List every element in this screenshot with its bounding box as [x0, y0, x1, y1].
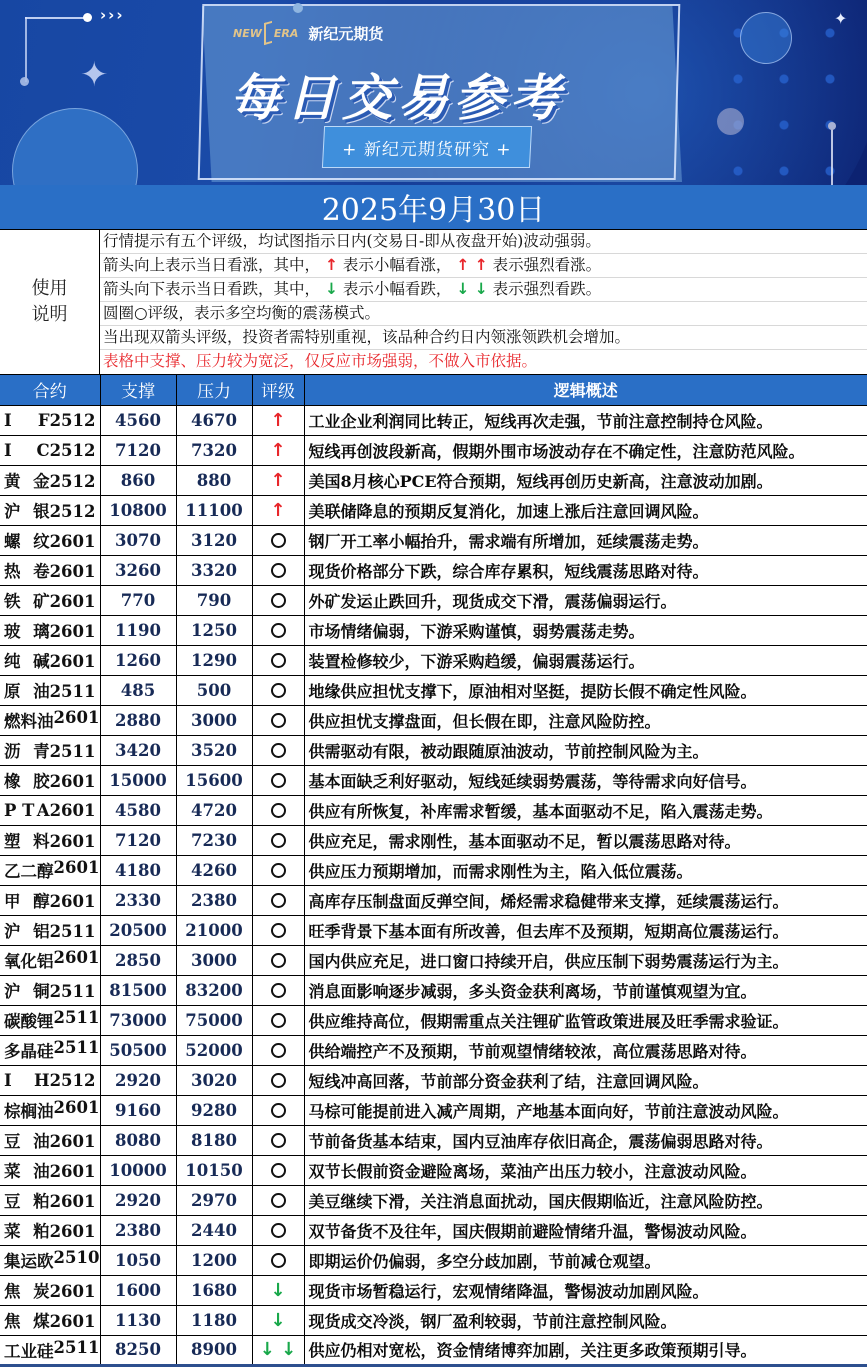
logic-summary: 高库存压制盘面反弹空间，烯烃需求稳健带来支撑，延续震荡运行。 — [304, 885, 867, 915]
table-row: 沪铜25118150083200消息面影响逐步减弱，多头资金获利离场，节前谨慎观… — [0, 975, 867, 1005]
support-value: 4580 — [100, 795, 176, 825]
contract-cell: 菜粕2601 — [0, 1215, 100, 1245]
rating-cell: ↓ — [252, 1305, 304, 1335]
instruction-text: 表示小幅看跌， — [343, 280, 452, 298]
decor-line — [25, 17, 87, 19]
logic-summary: 短线再创波段新高，假期外围市场波动存在不确定性，注意防范风险。 — [304, 435, 867, 465]
pressure-value: 1250 — [176, 615, 252, 645]
support-value: 7120 — [100, 435, 176, 465]
rating-cell — [252, 885, 304, 915]
logic-summary: 美国8月核心PCE符合预期，短线再创历史新高，注意波动加剧。 — [304, 465, 867, 495]
decor-dot — [717, 108, 744, 135]
contract-name: 氧化铝 — [4, 948, 54, 972]
instruction-text: 表示强烈看跌。 — [493, 280, 602, 298]
report-subtitle: + 新纪元期货研究 + — [322, 126, 532, 168]
pressure-value: 8180 — [176, 1125, 252, 1155]
rating-cell: ↓ — [252, 1275, 304, 1305]
support-value: 15000 — [100, 765, 176, 795]
contract-code: 煤2601 — [33, 1308, 95, 1332]
support-value: 2330 — [100, 885, 176, 915]
contract-cell: 螺纹2601 — [0, 525, 100, 555]
table-row: 铁矿2601770790外矿发运止跌回升，现货成交下滑，震荡偏弱运行。 — [0, 585, 867, 615]
support-value: 9160 — [100, 1095, 176, 1125]
brand-name: 新纪元期货 — [308, 23, 383, 44]
contract-cell: 焦煤2601 — [0, 1305, 100, 1335]
logo-bracket-icon — [264, 21, 272, 45]
logic-summary: 供应充足，需求刚性，基本面驱动不足，暂以震荡思路对待。 — [304, 825, 867, 855]
contract-name: I — [4, 1071, 12, 1090]
table-row: 氧化铝260128503000国内供应充足，进口窗口持续开启，供应压制下弱势震荡… — [0, 945, 867, 975]
contract-name: 菜 — [4, 1218, 21, 1242]
report-date: 2025年9月30日 — [0, 185, 867, 230]
contract-code: 2511 — [54, 1038, 100, 1062]
table-row: 塑料260171207230供应充足，需求刚性，基本面驱动不足，暂以震荡思路对待… — [0, 825, 867, 855]
logic-summary: 美豆继续下滑，关注消息面扰动，国庆假期临近，注意风险防控。 — [304, 1185, 867, 1215]
instructions-lines: 行情提示有五个评级，均试图指示日内(交易日-即从夜盘开始)波动强弱。 箭头向上表… — [100, 230, 867, 374]
instruction-line: 圆圈○评级，表示多空均衡的震荡模式。 — [100, 302, 867, 326]
table-body: IF251245604670↑工业企业利润同比转正，短线再次走强，节前注意控制持… — [0, 405, 867, 1365]
decor-line — [25, 17, 27, 82]
logo-text-era: ERA — [274, 27, 299, 40]
instruction-text: 表示小幅看涨， — [343, 256, 452, 274]
logic-summary: 双节备货不及往年，国庆假期前避险情绪升温，警惕波动风险。 — [304, 1215, 867, 1245]
circle-icon — [271, 773, 286, 788]
table-row: 玻璃260111901250市场情绪偏弱，下游采购谨慎，弱势震荡走势。 — [0, 615, 867, 645]
report-banner: ››› ✦ ✦ NEW ERA 新纪元期货 每日交易参考 + 新纪元期货研究 + — [0, 0, 867, 185]
arrow-up-icon: ↑ — [270, 440, 285, 461]
contract-name: 集运欧 — [4, 1248, 54, 1272]
contract-name: 沪 — [4, 498, 21, 522]
circle-icon — [271, 893, 286, 908]
pressure-value: 52000 — [176, 1035, 252, 1065]
rating-cell — [252, 1125, 304, 1155]
contract-cell: 多晶硅2511 — [0, 1035, 100, 1065]
circle-icon — [271, 683, 286, 698]
instructions-label-line1: 使用 — [32, 278, 68, 299]
support-value: 3260 — [100, 555, 176, 585]
table-row: IF251245604670↑工业企业利润同比转正，短线再次走强，节前注意控制持… — [0, 405, 867, 435]
contract-name: 塑 — [4, 828, 21, 852]
pressure-value: 10150 — [176, 1155, 252, 1185]
instruction-text: 表示强烈看涨。 — [493, 256, 602, 274]
contract-code: 油2601 — [33, 1128, 95, 1152]
pressure-value: 3520 — [176, 735, 252, 765]
contract-name: 碳酸锂 — [4, 1008, 54, 1032]
table-row: 沪银25121080011100↑美联储降息的预期反复消化，加速上涨后注意回调风… — [0, 495, 867, 525]
rating-cell — [252, 555, 304, 585]
contract-cell: 甲醇2601 — [0, 885, 100, 915]
pressure-value: 1680 — [176, 1275, 252, 1305]
support-value: 2920 — [100, 1065, 176, 1095]
table-row: 纯碱260112601290装置检修较少，下游采购趋缓，偏弱震荡运行。 — [0, 645, 867, 675]
contract-name: 铁 — [4, 588, 21, 612]
decor-dot — [83, 13, 92, 22]
rating-cell — [252, 765, 304, 795]
pressure-value: 2380 — [176, 885, 252, 915]
rating-cell — [252, 615, 304, 645]
logic-summary: 外矿发运止跌回升，现货成交下滑，震荡偏弱运行。 — [304, 585, 867, 615]
table-row: 棕榈油260191609280马棕可能提前进入减产周期，产地基本面向好，节前注意… — [0, 1095, 867, 1125]
contract-name: 沪 — [4, 978, 21, 1002]
decor-dot — [828, 122, 836, 130]
contract-cell: P TA2601 — [0, 795, 100, 825]
arrow-up-icon: ↑ — [325, 256, 338, 274]
table-row: 焦炭260116001680↓现货市场暂稳运行，宏观情绪降温，警惕波动加剧风险。 — [0, 1275, 867, 1305]
pressure-value: 1200 — [176, 1245, 252, 1275]
rating-cell — [252, 525, 304, 555]
table-row: IH251229203020短线冲高回落，节前部分资金获利了结，注意回调风险。 — [0, 1065, 867, 1095]
rating-cell — [252, 915, 304, 945]
logic-summary: 供应压力预期增加，而需求刚性为主，陷入低位震荡。 — [304, 855, 867, 885]
table-row: 豆粕260129202970美豆继续下滑，关注消息面扰动，国庆假期临近，注意风险… — [0, 1185, 867, 1215]
contract-name: 焦 — [4, 1308, 21, 1332]
logic-summary: 地缘供应担忧支撑下，原油相对坚挺，提防长假不确定性风险。 — [304, 675, 867, 705]
pressure-value: 3320 — [176, 555, 252, 585]
contract-name: 热 — [4, 558, 21, 582]
instruction-text: 箭头向上表示当日看涨，其中， — [103, 256, 320, 274]
logic-summary: 现货成交冷淡，钢厂盈利较弱，节前注意控制风险。 — [304, 1305, 867, 1335]
circle-icon — [271, 1193, 286, 1208]
contract-name: 工业硅 — [4, 1338, 54, 1362]
pressure-value: 15600 — [176, 765, 252, 795]
logic-summary: 基本面缺乏利好驱动，短线延续弱势震荡，等待需求向好信号。 — [304, 765, 867, 795]
contract-cell: 乙二醇2601 — [0, 855, 100, 885]
arrow-down-icon: ↓ — [270, 1280, 285, 1301]
instructions-label: 使用 说明 — [0, 230, 100, 374]
table-row: 燃料油260128803000供应担忧支撑盘面，但长假在即，注意风险防控。 — [0, 705, 867, 735]
contract-cell: 原油2511 — [0, 675, 100, 705]
contract-code: 粕2601 — [33, 1188, 95, 1212]
contract-code: 2510 — [54, 1248, 100, 1272]
pressure-value: 3020 — [176, 1065, 252, 1095]
contract-name: 菜 — [4, 1158, 21, 1182]
instructions-label-line2: 说明 — [32, 304, 68, 325]
pressure-value: 75000 — [176, 1005, 252, 1035]
contract-name: 沥 — [4, 738, 21, 762]
support-value: 3070 — [100, 525, 176, 555]
table-row: 沥青251134203520供需驱动有限，被动跟随原油波动，节前控制风险为主。 — [0, 735, 867, 765]
rating-cell — [252, 1035, 304, 1065]
pressure-value: 7320 — [176, 435, 252, 465]
contract-code: 油2601 — [33, 1158, 95, 1182]
header-summary: 逻辑概述 — [304, 375, 867, 405]
pressure-value: 880 — [176, 465, 252, 495]
contract-code: 油2511 — [33, 678, 95, 702]
rating-cell: ↑ — [252, 495, 304, 525]
company-logo: NEW ERA 新纪元期货 — [233, 22, 383, 44]
support-value: 770 — [100, 585, 176, 615]
logo-text-new: NEW — [233, 27, 262, 40]
contract-cell: IC2512 — [0, 435, 100, 465]
contract-cell: 黄金2512 — [0, 465, 100, 495]
rating-cell — [252, 1095, 304, 1125]
rating-cell — [252, 1215, 304, 1245]
contract-cell: 棕榈油2601 — [0, 1095, 100, 1125]
logic-summary: 供需驱动有限，被动跟随原油波动，节前控制风险为主。 — [304, 735, 867, 765]
contract-cell: 焦炭2601 — [0, 1275, 100, 1305]
pressure-value: 4670 — [176, 405, 252, 435]
contract-code: C2512 — [36, 441, 95, 460]
circle-icon — [271, 743, 286, 758]
pressure-value: 3000 — [176, 945, 252, 975]
rating-cell — [252, 585, 304, 615]
arrow-up-icon: ↑ — [270, 500, 285, 521]
contract-code: 矿2601 — [33, 588, 95, 612]
contract-cell: 热卷2601 — [0, 555, 100, 585]
table-row: 原油2511485500地缘供应担忧支撑下，原油相对坚挺，提防长假不确定性风险。 — [0, 675, 867, 705]
usage-instructions: 使用 说明 行情提示有五个评级，均试图指示日内(交易日-即从夜盘开始)波动强弱。… — [0, 230, 867, 375]
double-arrow-down-icon: ↓ ↓ — [456, 280, 487, 298]
support-value: 2380 — [100, 1215, 176, 1245]
contract-code: 铜2511 — [33, 978, 95, 1002]
logic-summary: 即期运价仍偏弱，多空分歧加剧，节前减仓观望。 — [304, 1245, 867, 1275]
contract-cell: 纯碱2601 — [0, 645, 100, 675]
support-value: 485 — [100, 675, 176, 705]
rating-cell — [252, 675, 304, 705]
double-arrow-up-icon: ↑ ↑ — [456, 256, 487, 274]
contract-name: 棕榈油 — [4, 1098, 54, 1122]
support-value: 2920 — [100, 1185, 176, 1215]
rating-cell — [252, 645, 304, 675]
contract-code: 2511 — [54, 1008, 100, 1032]
logic-summary: 旺季背景下基本面有所改善，但去库不及预期，短期高位震荡运行。 — [304, 915, 867, 945]
contract-code: 银2512 — [33, 498, 95, 522]
contract-name: 黄 — [4, 468, 21, 492]
support-value: 73000 — [100, 1005, 176, 1035]
pressure-value: 790 — [176, 585, 252, 615]
support-value: 1190 — [100, 615, 176, 645]
circle-icon — [271, 1103, 286, 1118]
contract-cell: 沥青2511 — [0, 735, 100, 765]
logic-summary: 供给端控产不及预期，节前观望情绪较浓，高位震荡思路对待。 — [304, 1035, 867, 1065]
pressure-value: 3120 — [176, 525, 252, 555]
contract-cell: 橡胶2601 — [0, 765, 100, 795]
contract-code: 青2511 — [33, 738, 95, 762]
contract-name: 螺 — [4, 528, 21, 552]
support-value: 860 — [100, 465, 176, 495]
contract-name: 豆 — [4, 1188, 21, 1212]
instruction-line: 箭头向下表示当日看跌，其中， ↓ 表示小幅看跌， ↓ ↓ 表示强烈看跌。 — [100, 278, 867, 302]
logic-summary: 消息面影响逐步减弱，多头资金获利离场，节前谨慎观望为宜。 — [304, 975, 867, 1005]
logic-summary: 现货市场暂稳运行，宏观情绪降温，警惕波动加剧风险。 — [304, 1275, 867, 1305]
trading-reference-table: 合约 支撑 压力 评级 逻辑概述 IF251245604670↑工业企业利润同比… — [0, 375, 867, 1367]
circle-icon — [271, 833, 286, 848]
table-row: 多晶硅25115050052000供给端控产不及预期，节前观望情绪较浓，高位震荡… — [0, 1035, 867, 1065]
instruction-line: 当出现双箭头评级，投资者需特别重视，该品种合约日内领涨领跌机会增加。 — [100, 326, 867, 350]
rating-cell — [252, 1065, 304, 1095]
contract-code: 2601 — [54, 708, 100, 732]
rating-cell — [252, 1185, 304, 1215]
contract-cell: 塑料2601 — [0, 825, 100, 855]
support-value: 4180 — [100, 855, 176, 885]
contract-name: 原 — [4, 678, 21, 702]
contract-code: 2601 — [54, 858, 100, 882]
table-row: 集运欧251010501200即期运价仍偏弱，多空分歧加剧，节前减仓观望。 — [0, 1245, 867, 1275]
table-row: 沪铝25112050021000旺季背景下基本面有所改善，但去库不及预期，短期高… — [0, 915, 867, 945]
arrow-up-icon: ↑ — [270, 410, 285, 431]
table-row: 碳酸锂25117300075000供应维持高位，假期需重点关注锂矿监管政策进展及… — [0, 1005, 867, 1035]
support-value: 7120 — [100, 825, 176, 855]
support-value: 8080 — [100, 1125, 176, 1155]
circle-icon — [271, 1013, 286, 1028]
logic-summary: 供应维持高位，假期需重点关注锂矿监管政策进展及旺季需求验证。 — [304, 1005, 867, 1035]
pressure-value: 4720 — [176, 795, 252, 825]
support-value: 1050 — [100, 1245, 176, 1275]
pressure-value: 21000 — [176, 915, 252, 945]
table-row: 黄金2512860880↑美国8月核心PCE符合预期，短线再创历史新高，注意波动… — [0, 465, 867, 495]
header-support: 支撑 — [100, 375, 176, 405]
logic-summary: 节前备货基本结束，国内豆油库存依旧高企，震荡偏弱思路对待。 — [304, 1125, 867, 1155]
contract-name: 沪 — [4, 918, 21, 942]
table-row: 豆油260180808180节前备货基本结束，国内豆油库存依旧高企，震荡偏弱思路… — [0, 1125, 867, 1155]
chevron-right-icon: ››› — [100, 6, 125, 24]
table-row: 热卷260132603320现货价格部分下跌，综合库存累积，短线震荡思路对待。 — [0, 555, 867, 585]
circle-icon — [271, 593, 286, 608]
decor-circle — [12, 108, 138, 185]
decor-line — [831, 127, 833, 185]
support-value: 10000 — [100, 1155, 176, 1185]
circle-icon — [271, 863, 286, 878]
instruction-line: 箭头向上表示当日看涨，其中， ↑ 表示小幅看涨， ↑ ↑ 表示强烈看涨。 — [100, 254, 867, 278]
logic-summary: 装置检修较少，下游采购趋缓，偏弱震荡运行。 — [304, 645, 867, 675]
pressure-value: 3000 — [176, 705, 252, 735]
new-era-logo-icon: NEW ERA — [233, 22, 298, 44]
table-row: 螺纹260130703120钢厂开工率小幅抬升，需求端有所增加，延续震荡走势。 — [0, 525, 867, 555]
circle-icon — [271, 563, 286, 578]
table-row: 焦煤260111301180↓现货成交冷淡，钢厂盈利较弱，节前注意控制风险。 — [0, 1305, 867, 1335]
support-value: 2880 — [100, 705, 176, 735]
pressure-value: 7230 — [176, 825, 252, 855]
circle-icon — [271, 803, 286, 818]
support-value: 10800 — [100, 495, 176, 525]
contract-cell: 沪银2512 — [0, 495, 100, 525]
logic-summary: 国内供应充足，进口窗口持续开启，供应压制下弱势震荡运行为主。 — [304, 945, 867, 975]
contract-cell: 菜油2601 — [0, 1155, 100, 1185]
contract-cell: 集运欧2510 — [0, 1245, 100, 1275]
support-value: 4560 — [100, 405, 176, 435]
rating-cell — [252, 855, 304, 885]
rating-cell — [252, 975, 304, 1005]
table-row: 菜粕260123802440双节备货不及往年，国庆假期前避险情绪升温，警惕波动风… — [0, 1215, 867, 1245]
support-value: 81500 — [100, 975, 176, 1005]
contract-cell: IF2512 — [0, 405, 100, 435]
circle-icon — [271, 1073, 286, 1088]
contract-code: 粕2601 — [33, 1218, 95, 1242]
contract-name: 多晶硅 — [4, 1038, 54, 1062]
contract-cell: 豆油2601 — [0, 1125, 100, 1155]
logic-summary: 双节长假前资金避险离场，菜油产出压力较小，注意波动风险。 — [304, 1155, 867, 1185]
rating-cell — [252, 945, 304, 975]
sparkle-icon: ✦ — [80, 55, 109, 95]
pressure-value: 83200 — [176, 975, 252, 1005]
decor-dot — [293, 3, 303, 13]
table-row: 甲醇260123302380高库存压制盘面反弹空间，烯烃需求稳健带来支撑，延续震… — [0, 885, 867, 915]
pressure-value: 2970 — [176, 1185, 252, 1215]
sparkle-icon: ✦ — [834, 9, 847, 28]
contract-name: 豆 — [4, 1128, 21, 1152]
table-row: IC251271207320↑短线再创波段新高，假期外围市场波动存在不确定性，注… — [0, 435, 867, 465]
logic-summary: 钢厂开工率小幅抬升，需求端有所增加，延续震荡走势。 — [304, 525, 867, 555]
circle-icon — [271, 1133, 286, 1148]
contract-name: 橡 — [4, 768, 21, 792]
logic-summary: 短线冲高回落，节前部分资金获利了结，注意回调风险。 — [304, 1065, 867, 1095]
contract-name: I — [4, 411, 12, 430]
contract-name: 纯 — [4, 648, 21, 672]
contract-cell: 燃料油2601 — [0, 705, 100, 735]
pressure-value: 1180 — [176, 1305, 252, 1335]
table-header-row: 合约 支撑 压力 评级 逻辑概述 — [0, 375, 867, 405]
header-rating: 评级 — [252, 375, 304, 405]
contract-code: 料2601 — [33, 828, 95, 852]
double-arrow-down-icon: ↓ ↓ — [260, 1339, 296, 1360]
contract-name: 乙二醇 — [4, 858, 54, 882]
logic-summary: 供应有所恢复，补库需求暂缓，基本面驱动不足，陷入震荡走势。 — [304, 795, 867, 825]
circle-icon — [271, 623, 286, 638]
logic-summary: 现货价格部分下跌，综合库存累积，短线震荡思路对待。 — [304, 555, 867, 585]
contract-cell: 豆粕2601 — [0, 1185, 100, 1215]
pressure-value: 9280 — [176, 1095, 252, 1125]
disclaimer-line: 表格中支撑、压力较为宽泛，仅反应市场强弱，不做入市依据。 — [100, 350, 867, 374]
instruction-line: 行情提示有五个评级，均试图指示日内(交易日-即从夜盘开始)波动强弱。 — [100, 230, 867, 254]
contract-code: 纹2601 — [33, 528, 95, 552]
contract-name: P T — [4, 801, 34, 820]
contract-code: 炭2601 — [33, 1278, 95, 1302]
logic-summary: 工业企业利润同比转正，短线再次走强，节前注意控制持仓风险。 — [304, 405, 867, 435]
circle-icon — [271, 713, 286, 728]
contract-cell: 氧化铝2601 — [0, 945, 100, 975]
circle-icon — [271, 1043, 286, 1058]
contract-name: 焦 — [4, 1278, 21, 1302]
logic-summary: 供应担忧支撑盘面，但长假在即，注意风险防控。 — [304, 705, 867, 735]
contract-code: 2511 — [54, 1338, 100, 1362]
rating-cell — [252, 1005, 304, 1035]
rating-cell: ↑ — [252, 465, 304, 495]
contract-code: 2601 — [54, 948, 100, 972]
circle-icon — [271, 1163, 286, 1178]
decor-ring — [740, 12, 792, 64]
table-row: P TA260145804720供应有所恢复，补库需求暂缓，基本面驱动不足，陷入… — [0, 795, 867, 825]
circle-icon — [271, 653, 286, 668]
report-title: 每日交易参考 — [230, 58, 566, 130]
pressure-value: 1290 — [176, 645, 252, 675]
contract-cell: 碳酸锂2511 — [0, 1005, 100, 1035]
decor-dot — [20, 77, 29, 86]
contract-code: 璃2601 — [33, 618, 95, 642]
logic-summary: 马棕可能提前进入减产周期，产地基本面向好，节前注意波动风险。 — [304, 1095, 867, 1125]
instruction-text: 箭头向下表示当日看跌，其中， — [103, 280, 320, 298]
support-value: 20500 — [100, 915, 176, 945]
support-value: 3420 — [100, 735, 176, 765]
contract-cell: 沪铝2511 — [0, 915, 100, 945]
rating-cell — [252, 705, 304, 735]
circle-icon — [271, 923, 286, 938]
circle-icon — [271, 1253, 286, 1268]
table-row: 乙二醇260141804260供应压力预期增加，而需求刚性为主，陷入低位震荡。 — [0, 855, 867, 885]
contract-cell: 玻璃2601 — [0, 615, 100, 645]
logic-summary: 市场情绪偏弱，下游采购谨慎，弱势震荡走势。 — [304, 615, 867, 645]
circle-icon — [271, 533, 286, 548]
contract-code: 卷2601 — [33, 558, 95, 582]
table-row: 橡胶26011500015600基本面缺乏利好驱动，短线延续弱势震荡，等待需求向… — [0, 765, 867, 795]
arrow-down-icon: ↓ — [270, 1310, 285, 1331]
contract-code: 2601 — [54, 1098, 100, 1122]
support-value: 1600 — [100, 1275, 176, 1305]
contract-code: 金2512 — [33, 468, 95, 492]
rating-cell: ↑ — [252, 405, 304, 435]
rating-cell — [252, 795, 304, 825]
contract-code: A2601 — [37, 801, 96, 820]
rating-cell — [252, 1155, 304, 1185]
